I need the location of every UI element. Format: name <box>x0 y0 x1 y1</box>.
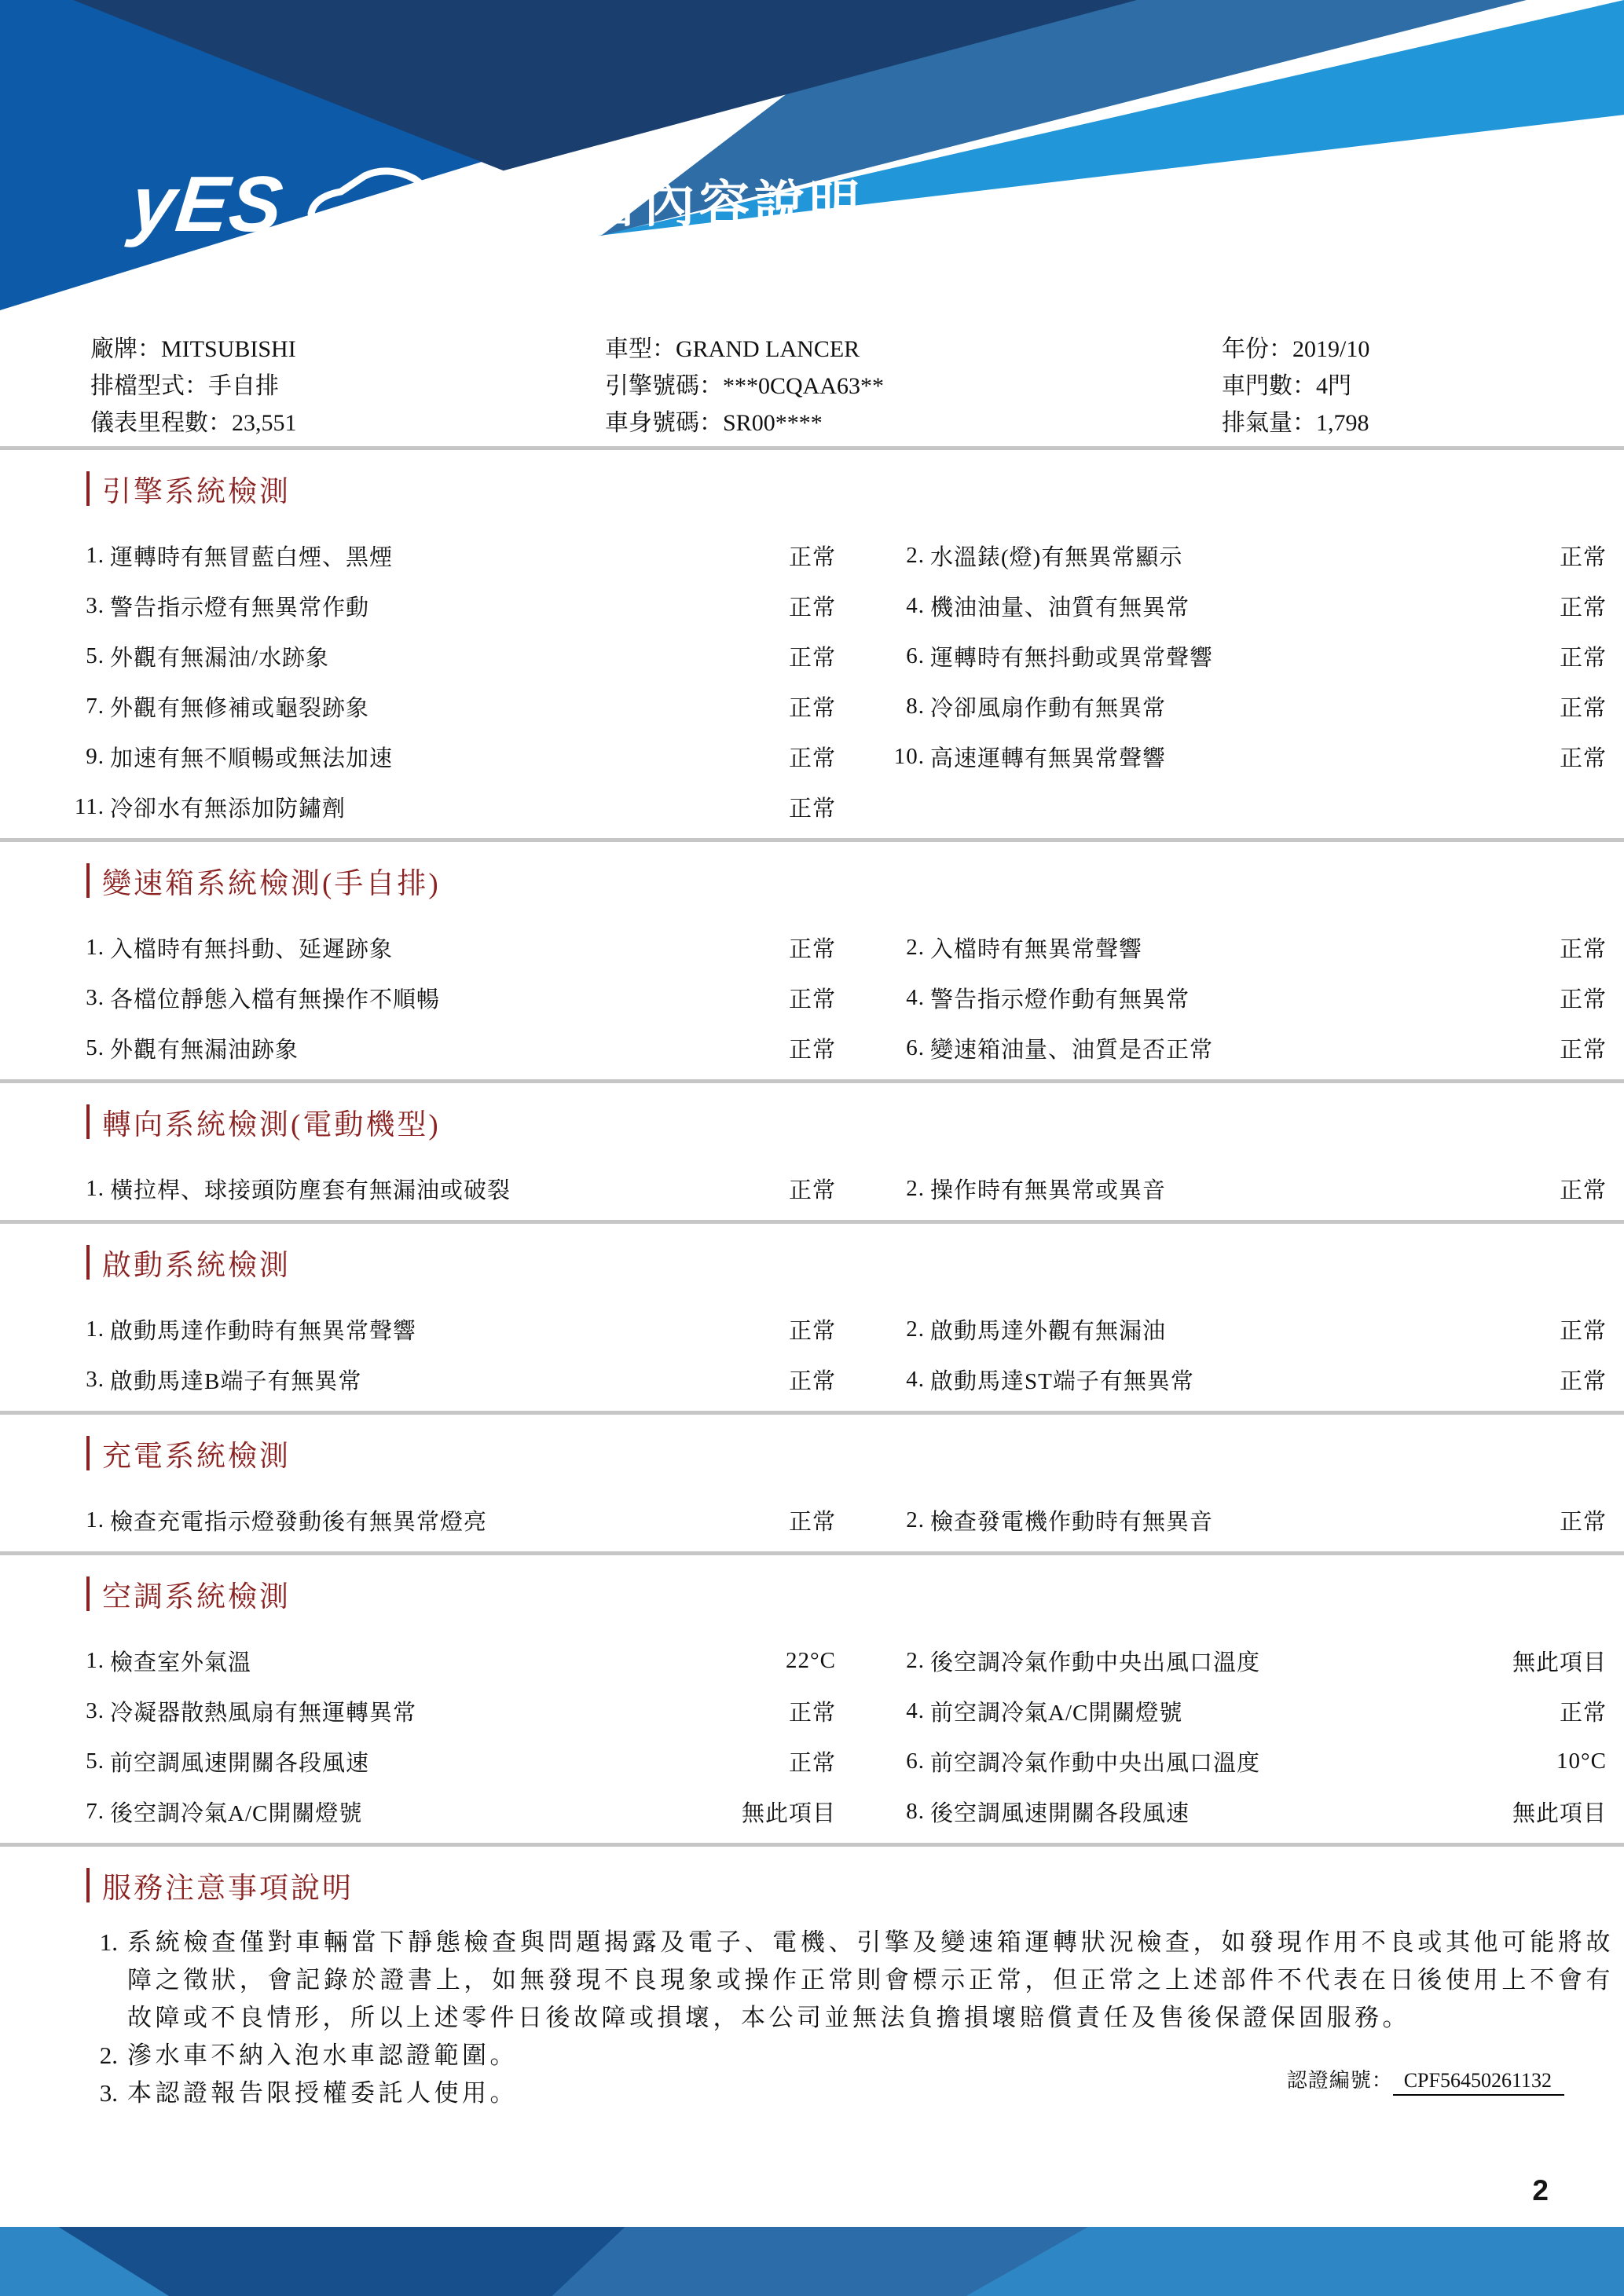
item-result: 正常 <box>723 1364 836 1396</box>
item-label: 冷卻水有無添加防鏽劑 <box>110 791 723 823</box>
item-label: 警告指示燈有無異常作動 <box>110 590 723 622</box>
item-result: 正常 <box>723 690 836 723</box>
section-title: 變速箱系統檢測(手自排) <box>86 861 1624 900</box>
vehicle-info-field: 年份：2019/10 <box>1222 331 1624 368</box>
info-label: 排檔型式： <box>90 373 208 399</box>
section-divider <box>0 1079 1624 1083</box>
item-result: 正常 <box>723 1313 836 1346</box>
item-number: 1. <box>0 1176 104 1202</box>
vehicle-info-field: 車身號碼：SR00**** <box>605 405 1222 441</box>
item-label: 運轉時有無冒藍白煙、黑煙 <box>110 540 723 572</box>
item-result: 正常 <box>723 1173 836 1205</box>
item-number: 3. <box>0 593 104 619</box>
item-label: 操作時有無異常或異音 <box>930 1173 1480 1205</box>
section-title: 空調系統檢測 <box>86 1574 1624 1613</box>
item-result: 正常 <box>1480 690 1624 723</box>
item-number: 8. <box>871 1799 925 1825</box>
inspection-row: 11. 冷卻水有無添加防鏽劑 正常 <box>0 782 1624 832</box>
info-label: 車型： <box>605 336 676 362</box>
item-number: 3. <box>0 1367 104 1393</box>
item-number: 4. <box>871 1367 925 1393</box>
item-number: 10. <box>871 744 925 770</box>
item-label: 機油油量、油質有無異常 <box>930 590 1480 622</box>
inspection-row: 5. 外觀有無漏油/水跡象 正常 6. 運轉時有無抖動或異常聲響 正常 <box>0 631 1624 681</box>
note-item: 1. 系統檢查僅對車輛當下靜態檢查與問題揭露及電子、電機、引擎及變速箱運轉狀況檢… <box>0 1924 1624 2037</box>
section-title-text: 變速箱系統檢測(手自排) <box>102 859 441 902</box>
inspection-row: 3. 啟動馬達B端子有無異常 正常 4. 啟動馬達ST端子有無異常 正常 <box>0 1354 1624 1404</box>
item-result: 正常 <box>1480 1504 1624 1536</box>
item-label: 前空調冷氣A/C開關燈號 <box>930 1695 1480 1727</box>
section-divider <box>0 1411 1624 1415</box>
item-result: 正常 <box>723 982 836 1014</box>
item-number: 11. <box>0 794 104 820</box>
item-number: 5. <box>0 1035 104 1061</box>
item-number: 9. <box>0 744 104 770</box>
section-title-bar <box>86 1576 90 1611</box>
section-title: 充電系統檢測 <box>86 1434 1624 1473</box>
section-title-bar <box>86 863 90 898</box>
item-number: 1. <box>0 1648 104 1674</box>
item-label: 外觀有無漏油跡象 <box>110 1032 723 1064</box>
vehicle-info-field: 車門數：4門 <box>1222 368 1624 405</box>
section-divider <box>0 838 1624 842</box>
item-result: 正常 <box>1480 932 1624 964</box>
inspection-row: 3. 冷凝器散熱風扇有無運轉異常 正常 4. 前空調冷氣A/C開關燈號 正常 <box>0 1686 1624 1736</box>
item-number: 4. <box>871 985 925 1011</box>
info-value: 23,551 <box>232 410 297 436</box>
item-label: 前空調冷氣作動中央出風口溫度 <box>930 1745 1480 1778</box>
item-result: 正常 <box>723 540 836 572</box>
info-value: ***0CQAA63** <box>723 373 884 399</box>
section-title-text: 轉向系統檢測(電動機型) <box>102 1100 441 1143</box>
info-value: 手自排 <box>208 373 279 399</box>
section-title-bar <box>86 471 90 506</box>
inspection-row: 3. 各檔位靜態入檔有無操作不順暢 正常 4. 警告指示燈作動有無異常 正常 <box>0 972 1624 1023</box>
item-number: 5. <box>0 1749 104 1774</box>
page-number: 2 <box>1532 2174 1549 2207</box>
inspection-section: 充電系統檢測 1. 檢查充電指示燈發動後有無異常燈亮 正常 2. 檢查發電機作動… <box>0 1434 1624 1555</box>
section-divider <box>0 1220 1624 1224</box>
item-result: 正常 <box>1480 1695 1624 1727</box>
vehicle-info: 廠牌：MITSUBISHI 車型：GRAND LANCER 年份：2019/10… <box>0 310 1624 446</box>
item-label: 入檔時有無異常聲響 <box>930 932 1480 964</box>
item-label: 運轉時有無抖動或異常聲響 <box>930 640 1480 672</box>
header-banner: yES 認證書內容說明 <box>0 0 1624 310</box>
info-label: 車門數： <box>1222 373 1316 399</box>
item-result: 正常 <box>723 1504 836 1536</box>
item-result: 正常 <box>1480 982 1624 1014</box>
item-number: 6. <box>871 1749 925 1774</box>
info-label: 車身號碼： <box>605 410 723 436</box>
item-number: 1. <box>0 543 104 569</box>
section-title-bar <box>86 1868 90 1902</box>
item-label: 警告指示燈作動有無異常 <box>930 982 1480 1014</box>
item-label: 冷凝器散熱風扇有無運轉異常 <box>110 1695 723 1727</box>
section-divider <box>0 1551 1624 1555</box>
item-label: 外觀有無修補或龜裂跡象 <box>110 690 723 723</box>
item-label: 水溫錶(燈)有無異常顯示 <box>930 540 1480 572</box>
info-value: 1,798 <box>1316 410 1369 436</box>
item-number: 2. <box>871 1316 925 1342</box>
inspection-row: 5. 外觀有無漏油跡象 正常 6. 變速箱油量、油質是否正常 正常 <box>0 1023 1624 1073</box>
vehicle-info-field: 排氣量：1,798 <box>1222 405 1624 441</box>
inspection-row: 1. 檢查室外氣溫 22°C 2. 後空調冷氣作動中央出風口溫度 無此項目 <box>0 1635 1624 1686</box>
inspection-section: 轉向系統檢測(電動機型) 1. 橫拉桿、球接頭防塵套有無漏油或破裂 正常 2. … <box>0 1102 1624 1224</box>
item-number: 4. <box>871 593 925 619</box>
item-label: 檢查室外氣溫 <box>110 1645 723 1677</box>
item-number: 2. <box>871 543 925 569</box>
inspection-row: 3. 警告指示燈有無異常作動 正常 4. 機油油量、油質有無異常 正常 <box>0 580 1624 631</box>
item-label: 各檔位靜態入檔有無操作不順暢 <box>110 982 723 1014</box>
vehicle-info-field: 引擎號碼：***0CQAA63** <box>605 368 1222 405</box>
info-label: 排氣量： <box>1222 410 1316 436</box>
vehicle-info-field: 車型：GRAND LANCER <box>605 331 1222 368</box>
car-outline-icon <box>306 163 456 245</box>
section-title-text: 空調系統檢測 <box>102 1573 291 1615</box>
info-label: 儀表里程數： <box>90 410 232 436</box>
item-label: 啟動馬達外觀有無漏油 <box>930 1313 1480 1346</box>
certificate-number: 認證編號：CPF56450261132 <box>1287 2064 1564 2093</box>
item-result: 無此項目 <box>723 1796 836 1828</box>
info-value: 2019/10 <box>1292 336 1369 362</box>
item-number: 2. <box>871 935 925 961</box>
item-label: 後空調冷氣作動中央出風口溫度 <box>930 1645 1480 1677</box>
item-number: 1. <box>0 1507 104 1533</box>
item-result: 正常 <box>1480 640 1624 672</box>
item-result: 正常 <box>1480 741 1624 773</box>
section-title-bar <box>86 1436 90 1470</box>
item-label: 後空調風速開關各段風速 <box>930 1796 1480 1828</box>
item-label: 啟動馬達ST端子有無異常 <box>930 1364 1480 1396</box>
inspection-row: 7. 外觀有無修補或龜裂跡象 正常 8. 冷卻風扇作動有無異常 正常 <box>0 681 1624 731</box>
item-label: 入檔時有無抖動、延遲跡象 <box>110 932 723 964</box>
item-number: 6. <box>871 643 925 669</box>
vehicle-info-field: 廠牌：MITSUBISHI <box>90 331 605 368</box>
brand-row: yES 認證書內容說明 <box>132 163 864 245</box>
item-result: 正常 <box>723 741 836 773</box>
item-result: 正常 <box>723 1745 836 1778</box>
item-number: 8. <box>871 694 925 720</box>
section-title: 啟動系統檢測 <box>86 1243 1624 1282</box>
item-result: 正常 <box>723 791 836 823</box>
inspection-row: 1. 橫拉桿、球接頭防塵套有無漏油或破裂 正常 2. 操作時有無異常或異音 正常 <box>0 1163 1624 1214</box>
item-label: 橫拉桿、球接頭防塵套有無漏油或破裂 <box>110 1173 723 1205</box>
item-result: 正常 <box>1480 1032 1624 1064</box>
section-rows: 1. 入檔時有無抖動、延遲跡象 正常 2. 入檔時有無異常聲響 正常 3. 各檔… <box>0 922 1624 1073</box>
inspection-row: 1. 檢查充電指示燈發動後有無異常燈亮 正常 2. 檢查發電機作動時有無異音 正… <box>0 1495 1624 1545</box>
item-result: 10°C <box>1480 1749 1624 1774</box>
note-number: 1. <box>0 1924 118 1961</box>
section-title: 引擎系統檢測 <box>86 469 1624 508</box>
item-result: 正常 <box>1480 540 1624 572</box>
item-number: 3. <box>0 985 104 1011</box>
item-label: 冷卻風扇作動有無異常 <box>930 690 1480 723</box>
inspection-row: 9. 加速有無不順暢或無法加速 正常 10. 高速運轉有無異常聲響 正常 <box>0 731 1624 782</box>
item-result: 正常 <box>1480 590 1624 622</box>
inspection-section: 啟動系統檢測 1. 啟動馬達作動時有無異常聲響 正常 2. 啟動馬達外觀有無漏油… <box>0 1243 1624 1415</box>
item-number: 3. <box>0 1698 104 1724</box>
item-result: 正常 <box>1480 1364 1624 1396</box>
inspection-section: 變速箱系統檢測(手自排) 1. 入檔時有無抖動、延遲跡象 正常 2. 入檔時有無… <box>0 861 1624 1083</box>
info-value: 4門 <box>1316 373 1351 399</box>
info-label: 引擎號碼： <box>605 373 723 399</box>
info-value: SR00**** <box>723 410 823 436</box>
page-title: 認證書內容說明 <box>479 179 864 229</box>
note-text: 系統檢查僅對車輛當下靜態檢查與問題揭露及電子、電機、引擎及變速箱運轉狀況檢查，如… <box>127 1924 1614 2037</box>
info-value: GRAND LANCER <box>676 336 860 362</box>
section-title-text: 充電系統檢測 <box>102 1432 291 1474</box>
section-divider <box>0 1843 1624 1847</box>
item-label: 檢查發電機作動時有無異音 <box>930 1504 1480 1536</box>
item-label: 前空調風速開關各段風速 <box>110 1745 723 1778</box>
item-label: 外觀有無漏油/水跡象 <box>110 640 723 672</box>
section-title-bar <box>86 1245 90 1280</box>
inspection-row: 1. 啟動馬達作動時有無異常聲響 正常 2. 啟動馬達外觀有無漏油 正常 <box>0 1304 1624 1354</box>
certificate-number-value: CPF56450261132 <box>1393 2069 1564 2096</box>
item-result: 22°C <box>723 1648 836 1674</box>
inspection-row: 5. 前空調風速開關各段風速 正常 6. 前空調冷氣作動中央出風口溫度 10°C <box>0 1736 1624 1786</box>
section-rows: 1. 檢查充電指示燈發動後有無異常燈亮 正常 2. 檢查發電機作動時有無異音 正… <box>0 1495 1624 1545</box>
section-divider <box>0 446 1624 450</box>
inspection-row: 1. 入檔時有無抖動、延遲跡象 正常 2. 入檔時有無異常聲響 正常 <box>0 922 1624 972</box>
item-number: 2. <box>871 1176 925 1202</box>
info-label: 年份： <box>1222 336 1292 362</box>
section-title-text: 引擎系統檢測 <box>102 467 291 510</box>
item-result: 正常 <box>1480 1173 1624 1205</box>
note-number: 3. <box>0 2074 118 2112</box>
vehicle-info-field: 儀表里程數：23,551 <box>90 405 605 441</box>
item-number: 7. <box>0 1799 104 1825</box>
item-result: 無此項目 <box>1480 1645 1624 1677</box>
item-label: 高速運轉有無異常聲響 <box>930 741 1480 773</box>
item-result: 正常 <box>723 640 836 672</box>
item-result: 正常 <box>723 1032 836 1064</box>
inspection-section: 引擎系統檢測 1. 運轉時有無冒藍白煙、黑煙 正常 2. 水溫錶(燈)有無異常顯… <box>0 469 1624 842</box>
item-label: 啟動馬達作動時有無異常聲響 <box>110 1313 723 1346</box>
sections: 引擎系統檢測 1. 運轉時有無冒藍白煙、黑煙 正常 2. 水溫錶(燈)有無異常顯… <box>0 469 1624 1847</box>
section-title-text: 啟動系統檢測 <box>102 1241 291 1283</box>
section-title: 轉向系統檢測(電動機型) <box>86 1102 1624 1141</box>
item-result: 正常 <box>723 1695 836 1727</box>
section-rows: 1. 檢查室外氣溫 22°C 2. 後空調冷氣作動中央出風口溫度 無此項目 3.… <box>0 1635 1624 1836</box>
yes-logo: yES <box>128 165 288 244</box>
certificate-number-label: 認證編號： <box>1287 2069 1393 2092</box>
item-number: 5. <box>0 643 104 669</box>
note-number: 2. <box>0 2037 118 2074</box>
item-number: 7. <box>0 694 104 720</box>
item-label: 啟動馬達B端子有無異常 <box>110 1364 723 1396</box>
item-result: 無此項目 <box>1480 1796 1624 1828</box>
item-label: 後空調冷氣A/C開關燈號 <box>110 1796 723 1828</box>
section-title-text: 服務注意事項說明 <box>102 1864 354 1906</box>
item-number: 1. <box>0 935 104 961</box>
section-rows: 1. 運轉時有無冒藍白煙、黑煙 正常 2. 水溫錶(燈)有無異常顯示 正常 3.… <box>0 530 1624 832</box>
section-title: 服務注意事項說明 <box>86 1866 1624 1905</box>
info-value: MITSUBISHI <box>161 336 296 362</box>
item-result: 正常 <box>1480 1313 1624 1346</box>
inspection-section: 空調系統檢測 1. 檢查室外氣溫 22°C 2. 後空調冷氣作動中央出風口溫度 … <box>0 1574 1624 1847</box>
item-number: 4. <box>871 1698 925 1724</box>
item-number: 6. <box>871 1035 925 1061</box>
item-result: 正常 <box>723 590 836 622</box>
section-title-bar <box>86 1104 90 1139</box>
item-label: 加速有無不順暢或無法加速 <box>110 741 723 773</box>
certificate-page: yES 認證書內容說明 廠牌：MITSUBISHI 車型：GRAND LANCE… <box>0 0 1624 2296</box>
footer-banner <box>0 2227 1624 2296</box>
section-rows: 1. 啟動馬達作動時有無異常聲響 正常 2. 啟動馬達外觀有無漏油 正常 3. … <box>0 1304 1624 1404</box>
item-number: 2. <box>871 1507 925 1533</box>
section-rows: 1. 橫拉桿、球接頭防塵套有無漏油或破裂 正常 2. 操作時有無異常或異音 正常 <box>0 1163 1624 1214</box>
item-label: 變速箱油量、油質是否正常 <box>930 1032 1480 1064</box>
vehicle-info-field: 排檔型式：手自排 <box>90 368 605 405</box>
item-number: 2. <box>871 1648 925 1674</box>
inspection-row: 7. 後空調冷氣A/C開關燈號 無此項目 8. 後空調風速開關各段風速 無此項目 <box>0 1786 1624 1836</box>
item-number: 1. <box>0 1316 104 1342</box>
item-result: 正常 <box>723 932 836 964</box>
info-label: 廠牌： <box>90 336 161 362</box>
inspection-row: 1. 運轉時有無冒藍白煙、黑煙 正常 2. 水溫錶(燈)有無異常顯示 正常 <box>0 530 1624 580</box>
item-label: 檢查充電指示燈發動後有無異常燈亮 <box>110 1504 723 1536</box>
